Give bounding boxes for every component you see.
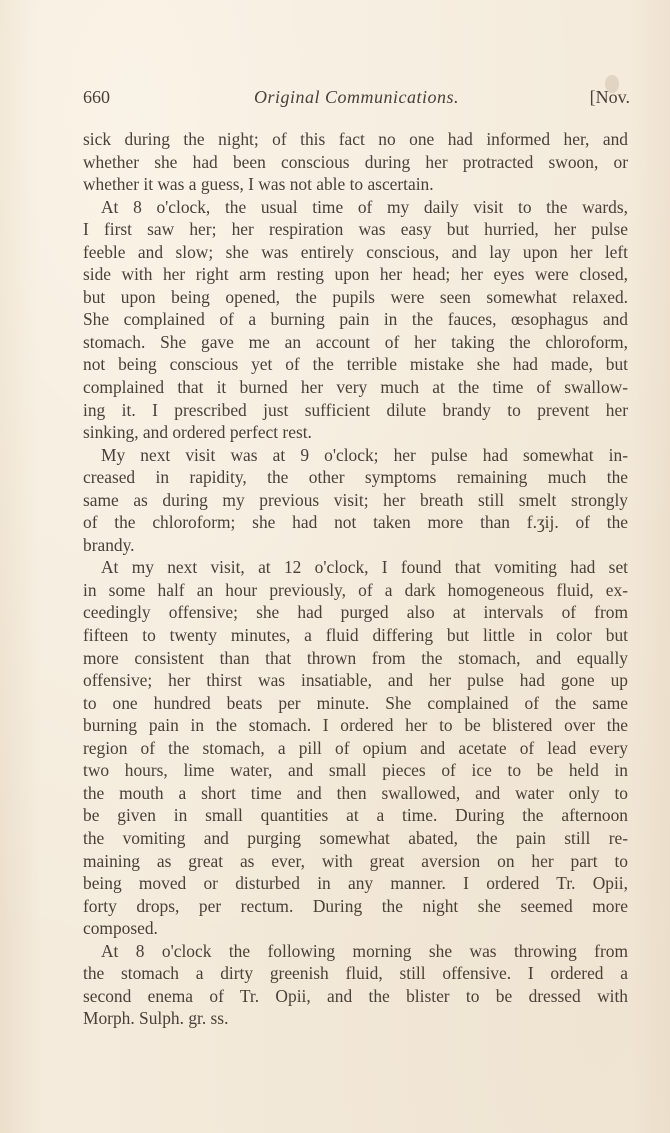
- text-line: At my next visit, at 12 o'clock, I found…: [83, 556, 628, 579]
- text-line: composed.: [83, 917, 628, 940]
- text-line: brandy.: [83, 534, 628, 557]
- text-line: be given in small quantities at a time. …: [83, 804, 628, 827]
- text-line: offensive; her thirst was insatiable, an…: [83, 669, 628, 692]
- running-month: [Nov.: [590, 87, 630, 108]
- text-line: whether she had been conscious during he…: [83, 151, 628, 174]
- text-line: stomach. She gave me an account of her t…: [83, 331, 628, 354]
- text-line: At 8 o'clock, the usual time of my daily…: [83, 196, 628, 219]
- text-line: ceedingly offensive; she had purged also…: [83, 601, 628, 624]
- text-line: My next visit was at 9 o'clock; her puls…: [83, 444, 628, 467]
- text-line: complained that it burned her very much …: [83, 376, 628, 399]
- text-line: maining as great as ever, with great ave…: [83, 850, 628, 873]
- text-line: She complained of a burning pain in the …: [83, 308, 628, 331]
- text-line: to one hundred beats per minute. She com…: [83, 692, 628, 715]
- text-line: whether it was a guess, I was not able t…: [83, 173, 628, 196]
- text-line: burning pain in the stomach. I ordered h…: [83, 714, 628, 737]
- running-head: 660 Original Communications. [Nov.: [83, 87, 630, 113]
- text-line: the vomiting and purging somewhat abated…: [83, 827, 628, 850]
- text-line: being moved or disturbed in any manner. …: [83, 872, 628, 895]
- text-line: ing it. I prescribed just sufficient dil…: [83, 399, 628, 422]
- text-line: but upon being opened, the pupils were s…: [83, 286, 628, 309]
- text-line: side with her right arm resting upon her…: [83, 263, 628, 286]
- text-line: of the chloroform; she had not taken mor…: [83, 511, 628, 534]
- body-text: sick during the night; of this fact no o…: [83, 128, 628, 1030]
- text-line: not being conscious yet of the terrible …: [83, 353, 628, 376]
- text-line: fifteen to twenty minutes, a fluid diffe…: [83, 624, 628, 647]
- text-line: At 8 o'clock the following morning she w…: [83, 940, 628, 963]
- text-line: in some half an hour previously, of a da…: [83, 579, 628, 602]
- text-line: the mouth a short time and then swallowe…: [83, 782, 628, 805]
- text-line: region of the stomach, a pill of opium a…: [83, 737, 628, 760]
- scanned-page: 660 Original Communications. [Nov. sick …: [0, 0, 670, 1133]
- text-line: same as during my previous visit; her br…: [83, 489, 628, 512]
- text-line: sinking, and ordered perfect rest.: [83, 421, 628, 444]
- text-line: sick during the night; of this fact no o…: [83, 128, 628, 151]
- text-line: more consistent than that thrown from th…: [83, 647, 628, 670]
- text-line: the stomach a dirty greenish fluid, stil…: [83, 962, 628, 985]
- text-line: second enema of Tr. Opii, and the bliste…: [83, 985, 628, 1008]
- text-line: forty drops, per rectum. During the nigh…: [83, 895, 628, 918]
- running-title: Original Communications.: [83, 87, 630, 108]
- text-line: Morph. Sulph. gr. ss.: [83, 1007, 628, 1030]
- text-line: feeble and slow; she was entirely consci…: [83, 241, 628, 264]
- text-line: two hours, lime water, and small pieces …: [83, 759, 628, 782]
- text-line: creased in rapidity, the other symptoms …: [83, 466, 628, 489]
- text-line: I first saw her; her respiration was eas…: [83, 218, 628, 241]
